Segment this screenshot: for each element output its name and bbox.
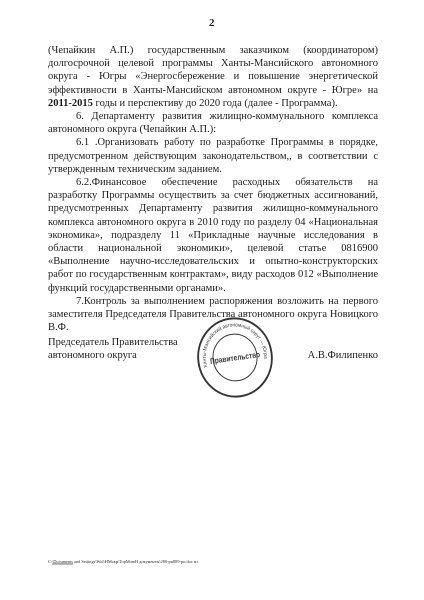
signature-title: Председатель Правительства автономного о… xyxy=(48,336,178,362)
document-page: 2 (Чепайкин А.П.) государственным заказч… xyxy=(0,0,424,600)
footer-path-rest: and Settings\Wol\НМокр\ТорМчюН документы… xyxy=(73,560,198,564)
stamp-center-text: Правительство xyxy=(209,350,260,366)
paragraph-continuation: (Чепайкин А.П.) государственным заказчик… xyxy=(48,44,378,110)
paragraph-1-text-before: (Чепайкин А.П.) государственным заказчик… xyxy=(48,45,378,96)
signature-title-line1: Председатель Правительства xyxy=(48,336,178,349)
signature-title-line2: автономного округа xyxy=(48,349,178,362)
document-body: (Чепайкин А.П.) государственным заказчик… xyxy=(48,44,378,334)
stamp-seal-icon: Ханты-Мансийский автономный округ — Югра… xyxy=(189,310,280,405)
page-number: 2 xyxy=(0,17,424,29)
paragraph-item-6-1: 6.1 .Организовать работу по разработке П… xyxy=(48,136,378,176)
file-path-footer: C:\Documents and Settings\Wol\НМокр\ТорМ… xyxy=(48,560,286,564)
paragraph-1-text-after: годы и перспективу до 2020 года (далее -… xyxy=(93,98,338,109)
signature-name: А.В.Филипенко xyxy=(308,349,378,362)
footer-path-underlined: \Documents xyxy=(52,560,73,564)
paragraph-item-6-2: 6.2.Финансовое обеспечение расходных обя… xyxy=(48,176,378,295)
paragraph-1-bold-years: 2011-2015 xyxy=(48,98,93,109)
government-round-stamp: Ханты-Мансийский автономный округ — Югра… xyxy=(189,310,280,405)
paragraph-item-6: 6. Департаменту развития жилищно-коммуна… xyxy=(48,110,378,136)
